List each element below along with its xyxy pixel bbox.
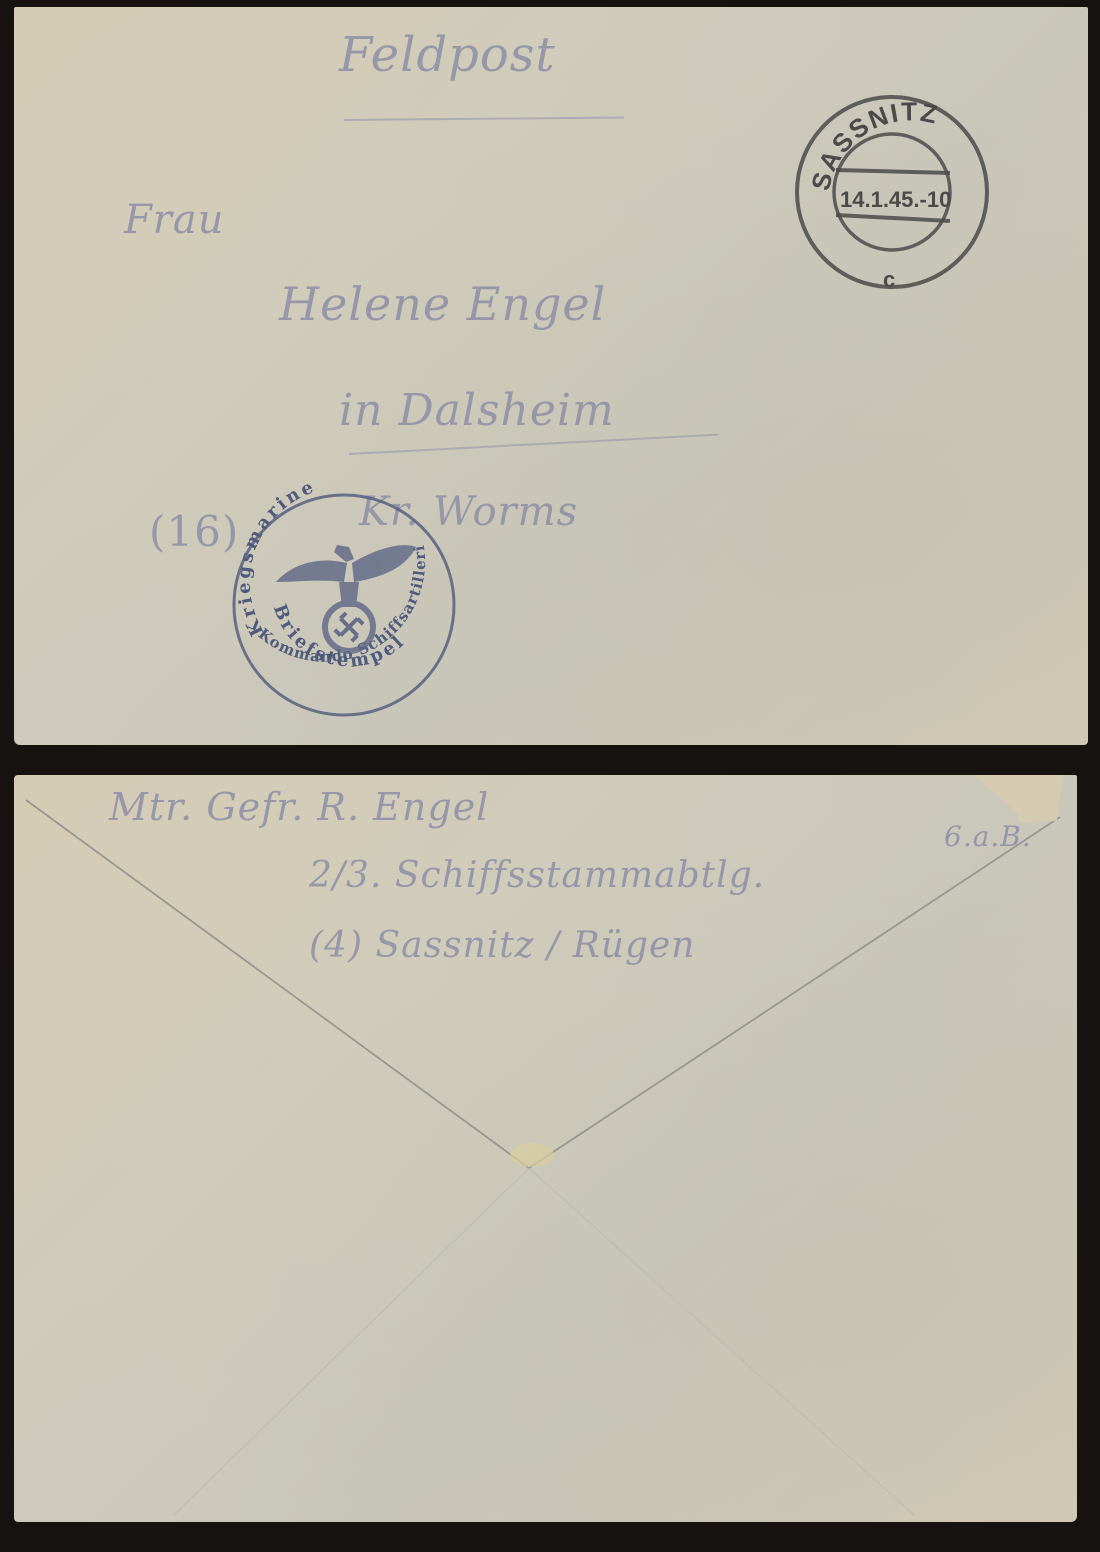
envelope-front: Feldpost Frau Helene Engel in Dalsheim K… xyxy=(14,7,1088,745)
kriegsmarine-seal: Kriegsmarine Briefstempel Kommando Schif… xyxy=(14,7,1088,745)
sender-line-1: Mtr. Gefr. R. Engel xyxy=(109,785,489,829)
envelope-back: Mtr. Gefr. R. Engel 2/3. Schiffsstammabt… xyxy=(14,775,1077,1522)
corner-note: 6.a.B. xyxy=(944,820,1032,853)
sender-line-3: (4) Sassnitz / Rügen xyxy=(309,925,696,966)
glue-stain xyxy=(510,1143,554,1167)
torn-corner xyxy=(974,775,1063,823)
sender-line-2: 2/3. Schiffsstammabtlg. xyxy=(309,855,765,896)
